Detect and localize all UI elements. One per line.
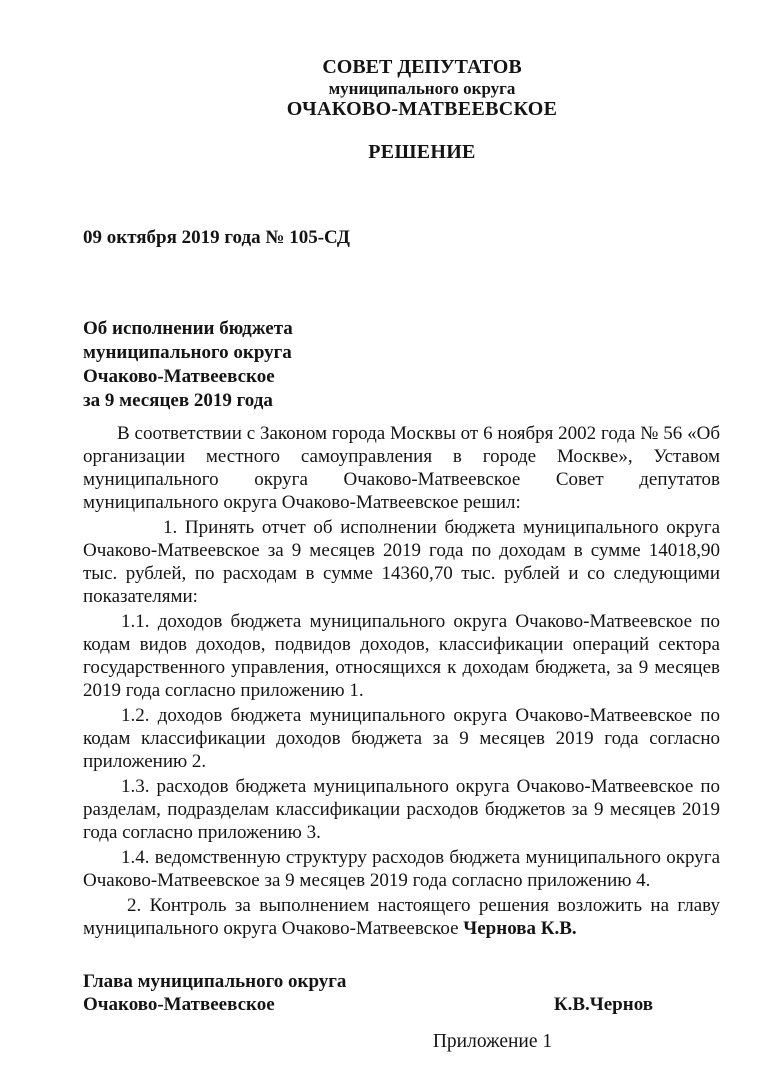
org-name-line1: СОВЕТ ДЕПУТАТОВ [124, 57, 720, 78]
responsible-person-name: Чернова К.В. [463, 918, 576, 939]
subject-line-1: Об исполнении бюджета [83, 317, 720, 341]
signature-block: Глава муниципального округа Очаково-Матв… [83, 970, 720, 1016]
org-name-line2: муниципального округа [124, 78, 720, 99]
signature-name: К.В.Чернов [554, 993, 653, 1016]
paragraph-item-2: 2. Контроль за выполнением настоящего ре… [83, 894, 720, 940]
paragraph-intro: В соответствии с Законом города Москвы о… [83, 422, 720, 514]
paragraph-item-1-1: 1.1. доходов бюджета муниципального окру… [83, 610, 720, 702]
signature-title-line1: Глава муниципального округа [83, 970, 720, 993]
signature-row: Очаково-Матвеевское К.В.Чернов [83, 993, 720, 1016]
paragraph-item-2-text: 2. Контроль за выполнением настоящего ре… [83, 895, 720, 939]
date-number-line: 09 октября 2019 года № 105-СД [83, 226, 720, 249]
appendix-label: Приложение 1 [265, 1030, 720, 1053]
signature-title-line2: Очаково-Матвеевское [83, 993, 275, 1016]
document-page: СОВЕТ ДЕПУТАТОВ муниципального округа ОЧ… [0, 0, 763, 1079]
paragraph-item-1-2: 1.2. доходов бюджета муниципального окру… [83, 704, 720, 773]
paragraph-item-1: 1. Принять отчет об исполнении бюджета м… [83, 516, 720, 608]
subject-line-2: муниципального округа [83, 341, 720, 365]
paragraph-item-1-3: 1.3. расходов бюджета муниципального окр… [83, 775, 720, 844]
paragraph-item-1-4: 1.4. ведомственную структуру расходов бю… [83, 846, 720, 892]
subject-line-4: за 9 месяцев 2019 года [83, 389, 720, 413]
org-name-line3: ОЧАКОВО-МАТВЕЕВСКОЕ [124, 99, 720, 120]
org-header: СОВЕТ ДЕПУТАТОВ муниципального округа ОЧ… [124, 57, 720, 120]
subject-block: Об исполнении бюджета муниципального окр… [83, 317, 720, 413]
document-type-title: РЕШЕНИЕ [124, 142, 720, 163]
subject-line-3: Очаково-Матвеевское [83, 365, 720, 389]
